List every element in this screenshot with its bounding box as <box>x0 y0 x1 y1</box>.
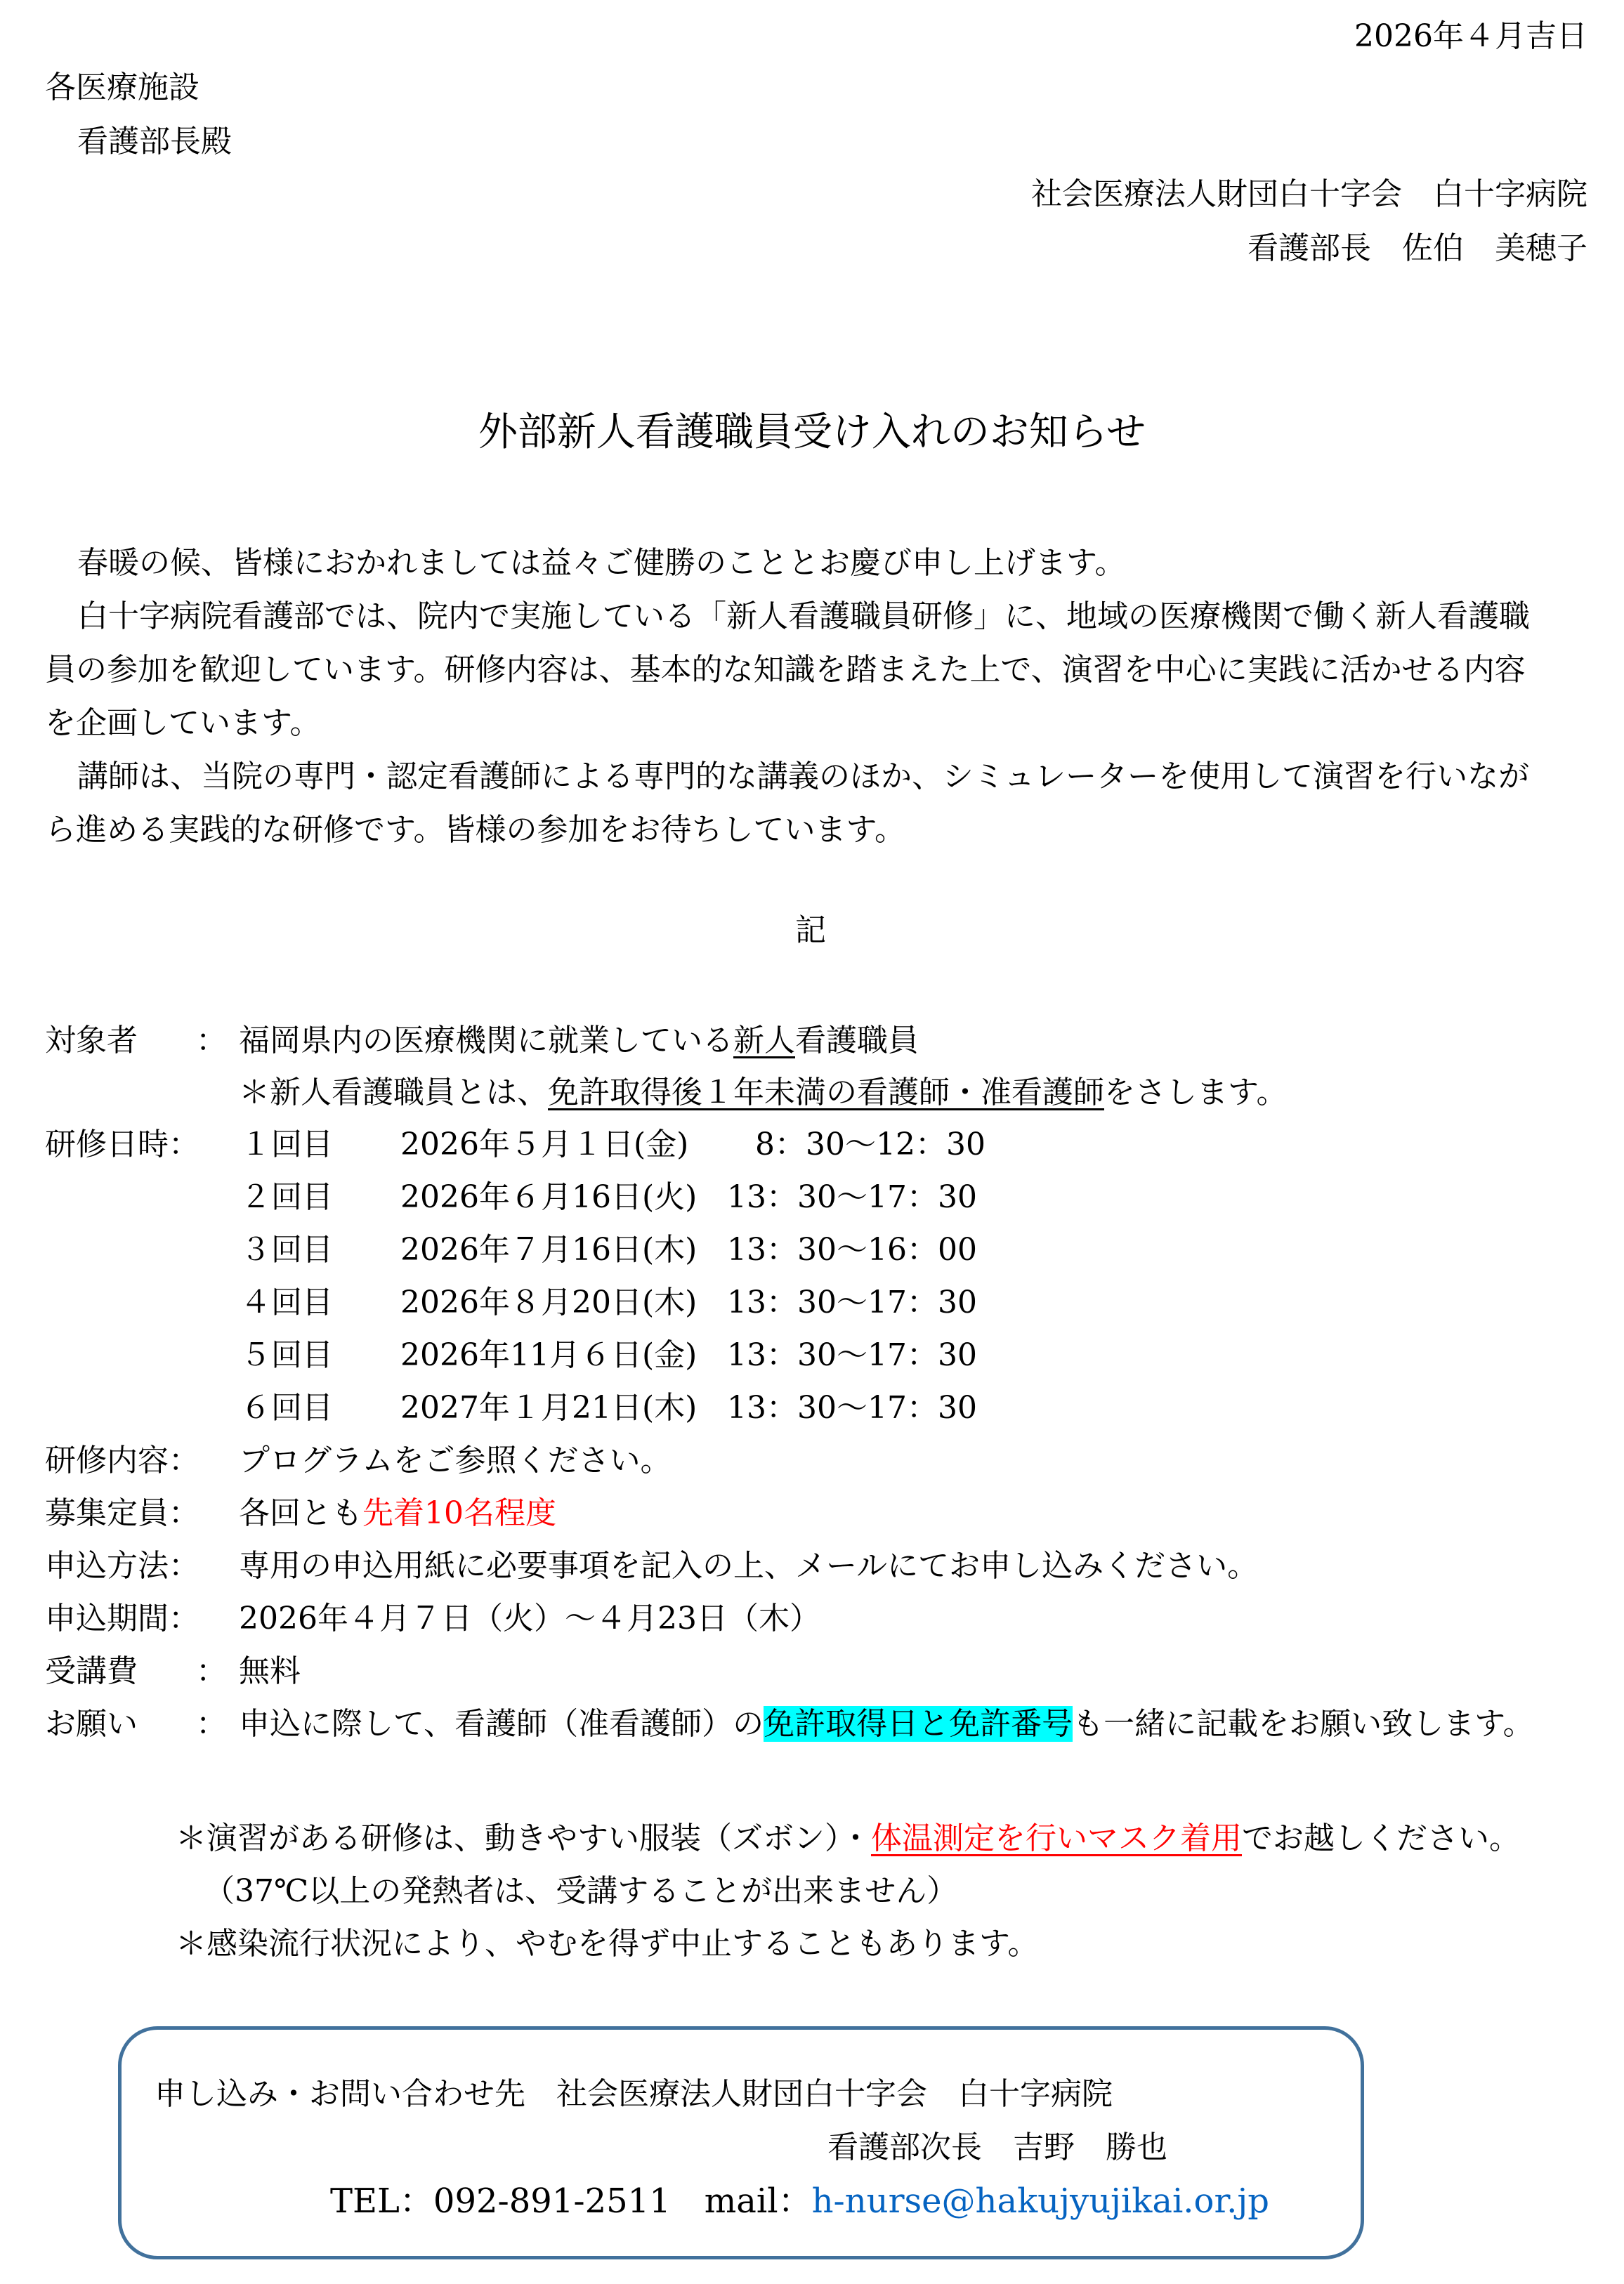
intro-paragraph-line3: を企画しています。 <box>45 708 320 739</box>
target-note: ＊新人看護職員とは、免許取得後１年未満の看護師・准看護師をさします。 <box>239 1077 1287 1108</box>
session-date: 2027年１月21日(木) <box>400 1393 697 1424</box>
session-date: 2026年６月16日(火) <box>400 1182 697 1213</box>
note-attire-emphasis: 体温測定を行いマスク着用 <box>871 1820 1242 1856</box>
session-time: 13：30～17：30 <box>727 1287 977 1318</box>
contact-person: 看護部次長 吉野 勝也 <box>827 2132 1167 2163</box>
period-value: 2026年４月７日（火）～４月23日（木） <box>239 1603 820 1634</box>
method-value: 専用の申込用紙に必要事項を記入の上、メールにてお申し込みください。 <box>239 1551 1258 1582</box>
method-label: 申込方法： <box>45 1551 199 1582</box>
note-attire-text-after: でお越しください。 <box>1242 1820 1520 1856</box>
session-round: １回目 <box>240 1129 333 1160</box>
session-round: ４回目 <box>240 1287 333 1318</box>
target-note-suffix: をさします。 <box>1104 1075 1287 1110</box>
document-title: 外部新人看護職員受け入れのお知らせ <box>0 413 1624 452</box>
session-date: 2026年７月16日(木) <box>400 1235 697 1266</box>
greeting-paragraph: 春暖の候、皆様におかれましては益々ご健勝のこととお慶び申し上げます。 <box>77 548 1125 579</box>
request-label: お願い <box>45 1709 138 1740</box>
target-label: 対象者 <box>45 1025 138 1056</box>
session-time: 13：30～16：00 <box>727 1235 977 1266</box>
intro-paragraph-line2: 員の参加を歓迎しています。研修内容は、基本的な知識を踏まえた上で、演習を中心に実… <box>45 655 1526 685</box>
target-colon: ： <box>196 1025 227 1056</box>
schedule-label: 研修日時： <box>45 1129 199 1160</box>
request-value-text: 申込に際して、看護師（准看護師）の <box>239 1706 764 1742</box>
session-date: 2026年５月１日(金) <box>400 1129 688 1160</box>
contact-tel: TEL：092-891-2511 mail： <box>330 2181 812 2221</box>
sender-organization: 社会医療法人財団白十字会 白十字病院 <box>745 179 1587 210</box>
intro-paragraph-line1: 白十字病院看護部では、院内で実施している「新人看護職員研修」に、地域の医療機関で… <box>77 601 1530 632</box>
note-cancellation: ＊感染流行状況により、やむを得ず中止することもあります。 <box>176 1929 1038 1960</box>
lecturer-paragraph-line2: ら進める実践的な研修です。皆様の参加をお待ちしています。 <box>45 815 905 846</box>
note-fever: （37℃以上の発熱者は、受講することが出来ません） <box>204 1876 957 1907</box>
period-label: 申込期間： <box>45 1603 199 1634</box>
capacity-value-emphasis: 先着10名程度 <box>362 1495 556 1531</box>
capacity-value-text: 各回とも <box>239 1495 362 1531</box>
note-attire: ＊演習がある研修は、動きやすい服装（ズボン）・体温測定を行いマスク着用でお越しく… <box>176 1823 1520 1854</box>
session-round: ３回目 <box>240 1235 333 1266</box>
content-label: 研修内容： <box>45 1445 199 1476</box>
target-value-underlined: 新人 <box>733 1023 795 1058</box>
session-date: 2026年11月６日(金) <box>400 1340 697 1371</box>
capacity-label: 募集定員： <box>45 1498 199 1529</box>
sender-name: 看護部長 佐伯 美穂子 <box>745 233 1587 264</box>
capacity-value: 各回とも先着10名程度 <box>239 1498 556 1529</box>
target-value-text-after: 看護職員 <box>795 1023 919 1058</box>
request-value-text-after: も一緒に記載をお願い致します。 <box>1073 1706 1533 1742</box>
fee-label: 受講費 <box>45 1656 138 1687</box>
session-round: ５回目 <box>240 1340 333 1371</box>
target-note-prefix: ＊新人看護職員とは、 <box>239 1075 548 1110</box>
issue-date: 2026年４月吉日 <box>1166 21 1587 52</box>
request-colon: ： <box>196 1709 227 1740</box>
session-time: 13：30～17：30 <box>727 1182 977 1213</box>
contact-email-link[interactable]: h-nurse@hakujyujikai.or.jp <box>812 2181 1269 2221</box>
lecturer-paragraph-line1: 講師は、当院の専門・認定看護師による専門的な講義のほか、シミュレーターを使用して… <box>77 761 1529 792</box>
contact-organization: 申し込み・お問い合わせ先 社会医療法人財団白十字会 白十字病院 <box>155 2079 1113 2110</box>
session-date: 2026年８月20日(木) <box>400 1287 697 1318</box>
target-value-text: 福岡県内の医療機関に就業している <box>239 1023 733 1058</box>
session-time: 8：30～12：30 <box>755 1129 985 1160</box>
session-time: 13：30～17：30 <box>727 1393 977 1424</box>
request-value-highlight: 免許取得日と免許番号 <box>764 1706 1073 1742</box>
contact-box <box>118 2026 1364 2259</box>
contact-details: TEL：092-891-2511 mail：h-nurse@hakujyujik… <box>330 2184 1269 2218</box>
request-value: 申込に際して、看護師（准看護師）の免許取得日と免許番号も一緒に記載をお願い致しま… <box>239 1709 1534 1740</box>
target-value: 福岡県内の医療機関に就業している新人看護職員 <box>239 1025 919 1056</box>
content-value: プログラムをご参照ください。 <box>239 1445 672 1476</box>
target-note-underlined: 免許取得後１年未満の看護師・准看護師 <box>548 1075 1104 1110</box>
session-round: ２回目 <box>240 1182 333 1213</box>
recipient-facilities: 各医療施設 <box>45 72 199 103</box>
session-round: ６回目 <box>240 1393 333 1424</box>
session-time: 13：30～17：30 <box>727 1340 977 1371</box>
ki-heading: 記 <box>795 915 826 946</box>
fee-value: 無料 <box>239 1656 301 1687</box>
recipient-title: 看護部長殿 <box>77 126 232 157</box>
note-attire-text: ＊演習がある研修は、動きやすい服装（ズボン）・ <box>176 1820 871 1856</box>
fee-colon: ： <box>196 1656 227 1687</box>
